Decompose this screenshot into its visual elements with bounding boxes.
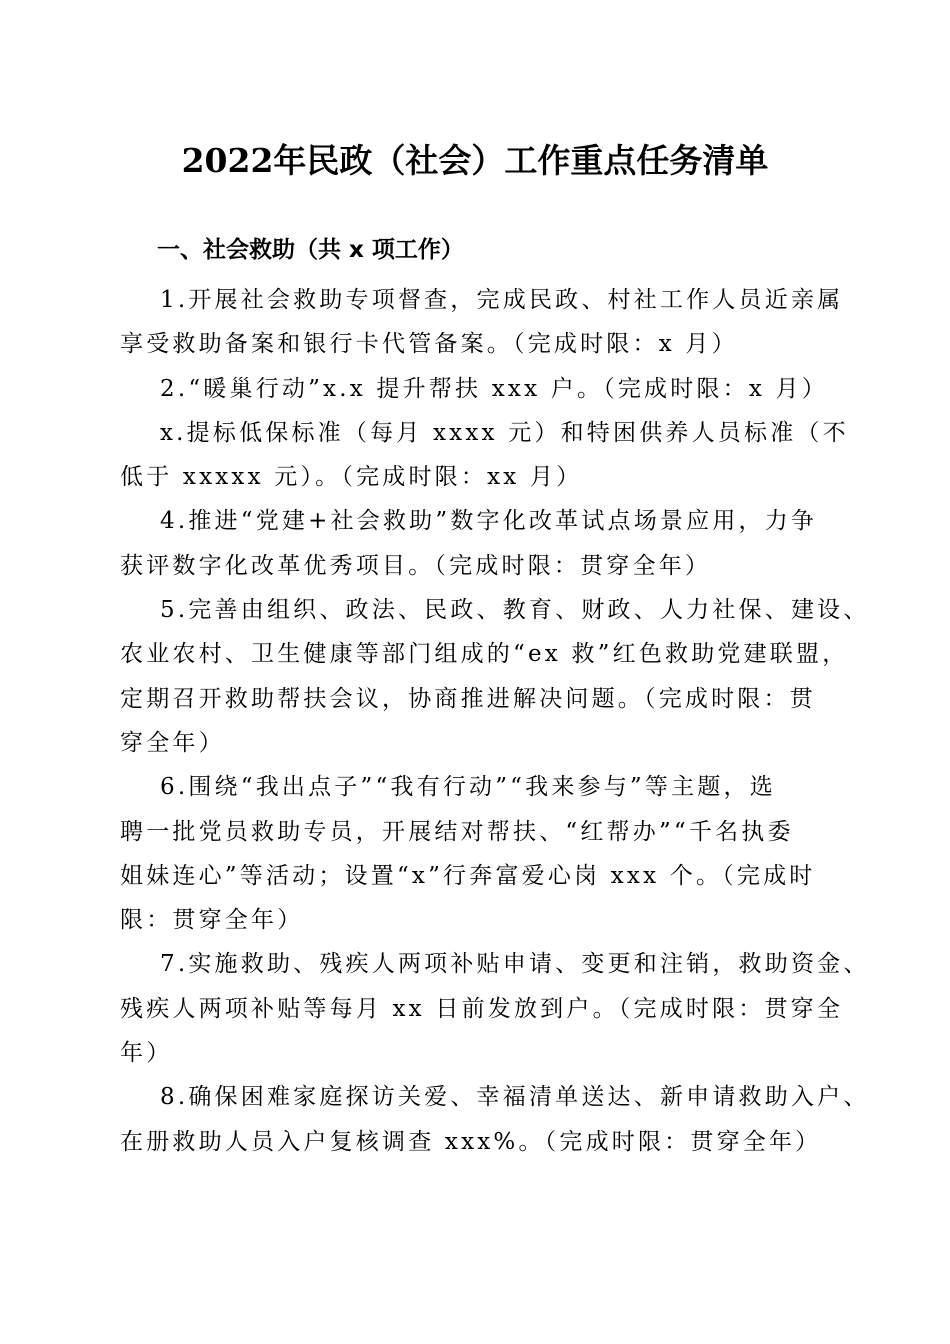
task-item-2: 2.“暖巢行动”x.x 提升帮扶 xxx 户。（完成时限：x 月） bbox=[120, 367, 840, 411]
task-item-1: 1.开展社会救助专项督查，完成民政、村社工作人员近亲属 享受救助备案和银行卡代管… bbox=[120, 278, 840, 367]
task-line: 5.完善由组织、政法、民政、教育、财政、人力社保、建设、 bbox=[120, 588, 840, 632]
task-line: 7.实施救助、残疾人两项补贴申请、变更和注销，救助资金、 bbox=[120, 942, 840, 986]
task-line: 8.确保困难家庭探访关爱、幸福清单送达、新申请救助入户、 bbox=[120, 1075, 840, 1119]
task-list: 1.开展社会救助专项督查，完成民政、村社工作人员近亲属 享受救助备案和银行卡代管… bbox=[120, 278, 840, 1164]
task-line: 在册救助人员入户复核调查 xxx%。（完成时限：贯穿全年） bbox=[120, 1120, 840, 1164]
task-item-4: 4.推进“党建+社会救助”数字化改革试点场景应用，力争 获评数字化改革优秀项目。… bbox=[120, 499, 840, 588]
task-line: 获评数字化改革优秀项目。（完成时限：贯穿全年） bbox=[120, 544, 840, 588]
task-item-5: 5.完善由组织、政法、民政、教育、财政、人力社保、建设、 农业农村、卫生健康等部… bbox=[120, 588, 840, 765]
task-line: 姐妹连心”等活动；设置“x”行奔富爱心岗 xxx 个。（完成时 bbox=[120, 854, 840, 898]
document-page: 2022年民政（社会）工作重点任务清单 一、社会救助（共 x 项工作） 1.开展… bbox=[0, 0, 950, 1344]
task-line: 4.推进“党建+社会救助”数字化改革试点场景应用，力争 bbox=[120, 499, 840, 543]
task-item-8: 8.确保困难家庭探访关爱、幸福清单送达、新申请救助入户、 在册救助人员入户复核调… bbox=[120, 1075, 840, 1164]
task-line: 1.开展社会救助专项督查，完成民政、村社工作人员近亲属 bbox=[120, 278, 840, 322]
task-line: 聘一批党员救助专员，开展结对帮扶、“红帮办”“千名执委 bbox=[120, 810, 840, 854]
task-line: 2.“暖巢行动”x.x 提升帮扶 xxx 户。（完成时限：x 月） bbox=[120, 367, 840, 411]
task-line: 残疾人两项补贴等每月 xx 日前发放到户。（完成时限：贯穿全 bbox=[120, 987, 840, 1031]
task-line: 限：贯穿全年） bbox=[120, 898, 840, 942]
task-item-6: 6.围绕“我出点子”“我有行动”“我来参与”等主题，选 聘一批党员救助专员，开展… bbox=[120, 765, 840, 942]
task-line: 定期召开救助帮扶会议，协商推进解决问题。（完成时限：贯 bbox=[120, 677, 840, 721]
task-line: x.提标低保标准（每月 xxxx 元）和特困供养人员标准（不 bbox=[120, 411, 840, 455]
task-line: 农业农村、卫生健康等部门组成的“ex 救”红色救助党建联盟， bbox=[120, 632, 840, 676]
task-item-7: 7.实施救助、残疾人两项补贴申请、变更和注销，救助资金、 残疾人两项补贴等每月 … bbox=[120, 942, 840, 1075]
task-line: 穿全年） bbox=[120, 721, 840, 765]
task-line: 6.围绕“我出点子”“我有行动”“我来参与”等主题，选 bbox=[120, 765, 840, 809]
task-line: 年） bbox=[120, 1031, 840, 1075]
task-line: 低于 xxxxx 元）。（完成时限：xx 月） bbox=[120, 455, 840, 499]
document-title: 2022年民政（社会）工作重点任务清单 bbox=[0, 138, 950, 184]
task-line: 享受救助备案和银行卡代管备案。（完成时限：x 月） bbox=[120, 322, 840, 366]
section-heading-social-assistance: 一、社会救助（共 x 项工作） bbox=[157, 235, 464, 265]
task-item-3: x.提标低保标准（每月 xxxx 元）和特困供养人员标准（不 低于 xxxxx … bbox=[120, 411, 840, 500]
